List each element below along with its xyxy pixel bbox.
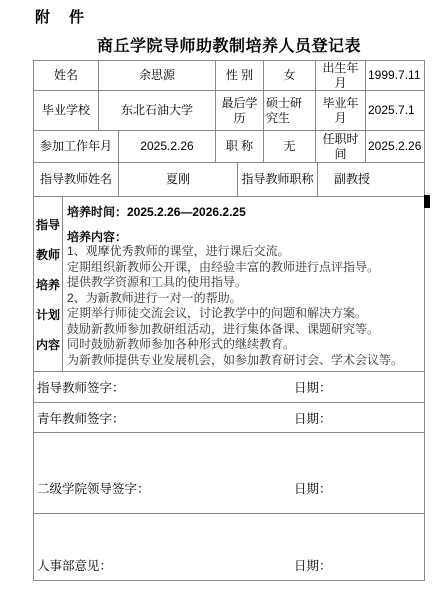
college-leader-signature-label: 二级学院领导签字： [37, 479, 150, 497]
supervisor-signature-label: 指导教师签字： [37, 378, 125, 396]
college-leader-signature-row: 二级学院领导签字： 日期： [34, 433, 424, 514]
text-cursor [424, 195, 430, 208]
title-label: 职 称 [216, 131, 264, 163]
training-content-heading: 培养内容： [67, 228, 422, 243]
training-plan-content[interactable]: 培养时间：2025.2.26—2026.2.25 培养内容： 1、观摩优秀教师的… [63, 197, 424, 372]
row-work: 参加工作年月 2025.2.26 职 称 无 任职时间 2025.2.26 [34, 131, 424, 163]
gender-label: 性 别 [216, 61, 264, 91]
plan-label-char: 培养 [36, 276, 60, 293]
tenure-value: 2025.2.26 [366, 131, 424, 163]
degree-value: 硕士研究生 [264, 91, 316, 131]
work-start-label: 参加工作年月 [34, 131, 119, 163]
training-content-line: 定期举行师徒交流会议，讨论教学中的问题和解决方案。 [67, 306, 422, 322]
date-label: 日期： [294, 378, 332, 396]
birth-value: 1999.7.11 [366, 61, 424, 91]
training-time-line: 培养时间：2025.2.26—2026.2.25 [67, 203, 422, 219]
training-content-line: 同时鼓励新教师参加各种形式的继续教育。 [67, 337, 422, 353]
training-plan-side-label: 指导 教师 培养 计划 内容 [34, 197, 63, 372]
plan-label-char: 计划 [36, 306, 60, 323]
school-label: 毕业学校 [34, 91, 99, 131]
training-content-line: 2、为新教师进行一对一的帮助。 [67, 291, 422, 307]
school-value: 东北石油大学 [99, 91, 216, 131]
hr-opinion-row: 人事部意见： 日期： [34, 514, 424, 580]
training-content-line: 提供教学资源和工具的使用指导。 [67, 275, 422, 291]
graduation-label: 毕业年月 [316, 91, 366, 131]
degree-label: 最后学历 [216, 91, 264, 131]
training-plan-section: 指导 教师 培养 计划 内容 培养时间：2025.2.26—2026.2.25 … [34, 197, 424, 372]
training-content-line: 1、观摩优秀教师的课堂，进行课后交流。 [67, 244, 422, 260]
young-teacher-signature-row: 青年教师签字： 日期： [34, 403, 424, 433]
birth-label: 出生年月 [316, 61, 366, 91]
plan-label-char: 内容 [36, 336, 60, 353]
training-content-line: 定期组织新教师公开课，由经验丰富的教师进行点评指导。 [67, 260, 422, 276]
form-title: 商丘学院导师助教制培养人员登记表 [33, 33, 425, 56]
training-content-line: 鼓励新教师参加教研组活动，进行集体备课、课题研究等。 [67, 322, 422, 338]
mentor-name-value: 夏刚 [119, 163, 238, 197]
training-content-line: 为新教师提供专业发展机会，如参加教育研讨会、学术会议等。 [67, 353, 422, 369]
tenure-label: 任职时间 [316, 131, 366, 163]
plan-label-char: 教师 [36, 246, 60, 263]
date-label: 日期： [294, 409, 332, 427]
mentor-name-label: 指导教师姓名 [34, 163, 119, 197]
row-basic-info: 姓名 余思源 性 别 女 出生年月 1999.7.11 [34, 61, 424, 91]
mentor-title-value: 副教授 [318, 163, 424, 197]
hr-opinion-label: 人事部意见： [37, 556, 112, 574]
graduation-value: 2025.7.1 [366, 91, 424, 131]
attachment-label: 附 件 [35, 6, 86, 27]
registration-table: 姓名 余思源 性 别 女 出生年月 1999.7.11 毕业学校 东北石油大学 … [33, 60, 425, 581]
date-label: 日期： [294, 556, 332, 574]
row-education: 毕业学校 东北石油大学 最后学历 硕士研究生 毕业年月 2025.7.1 [34, 91, 424, 131]
document-page: 附 件 商丘学院导师助教制培养人员登记表 姓名 余思源 性 别 女 出生年月 1… [0, 0, 447, 592]
title-value: 无 [264, 131, 316, 163]
supervisor-signature-row: 指导教师签字： 日期： [34, 372, 424, 403]
work-start-value: 2025.2.26 [119, 131, 216, 163]
young-teacher-signature-label: 青年教师签字： [37, 409, 125, 427]
plan-label-char: 指导 [36, 216, 60, 233]
row-mentor: 指导教师姓名 夏刚 指导教师职称 副教授 [34, 163, 424, 197]
mentor-title-label: 指导教师职称 [238, 163, 318, 197]
date-label: 日期： [294, 479, 332, 497]
name-label: 姓名 [34, 61, 99, 91]
gender-value: 女 [264, 61, 316, 91]
name-value: 余思源 [99, 61, 216, 91]
